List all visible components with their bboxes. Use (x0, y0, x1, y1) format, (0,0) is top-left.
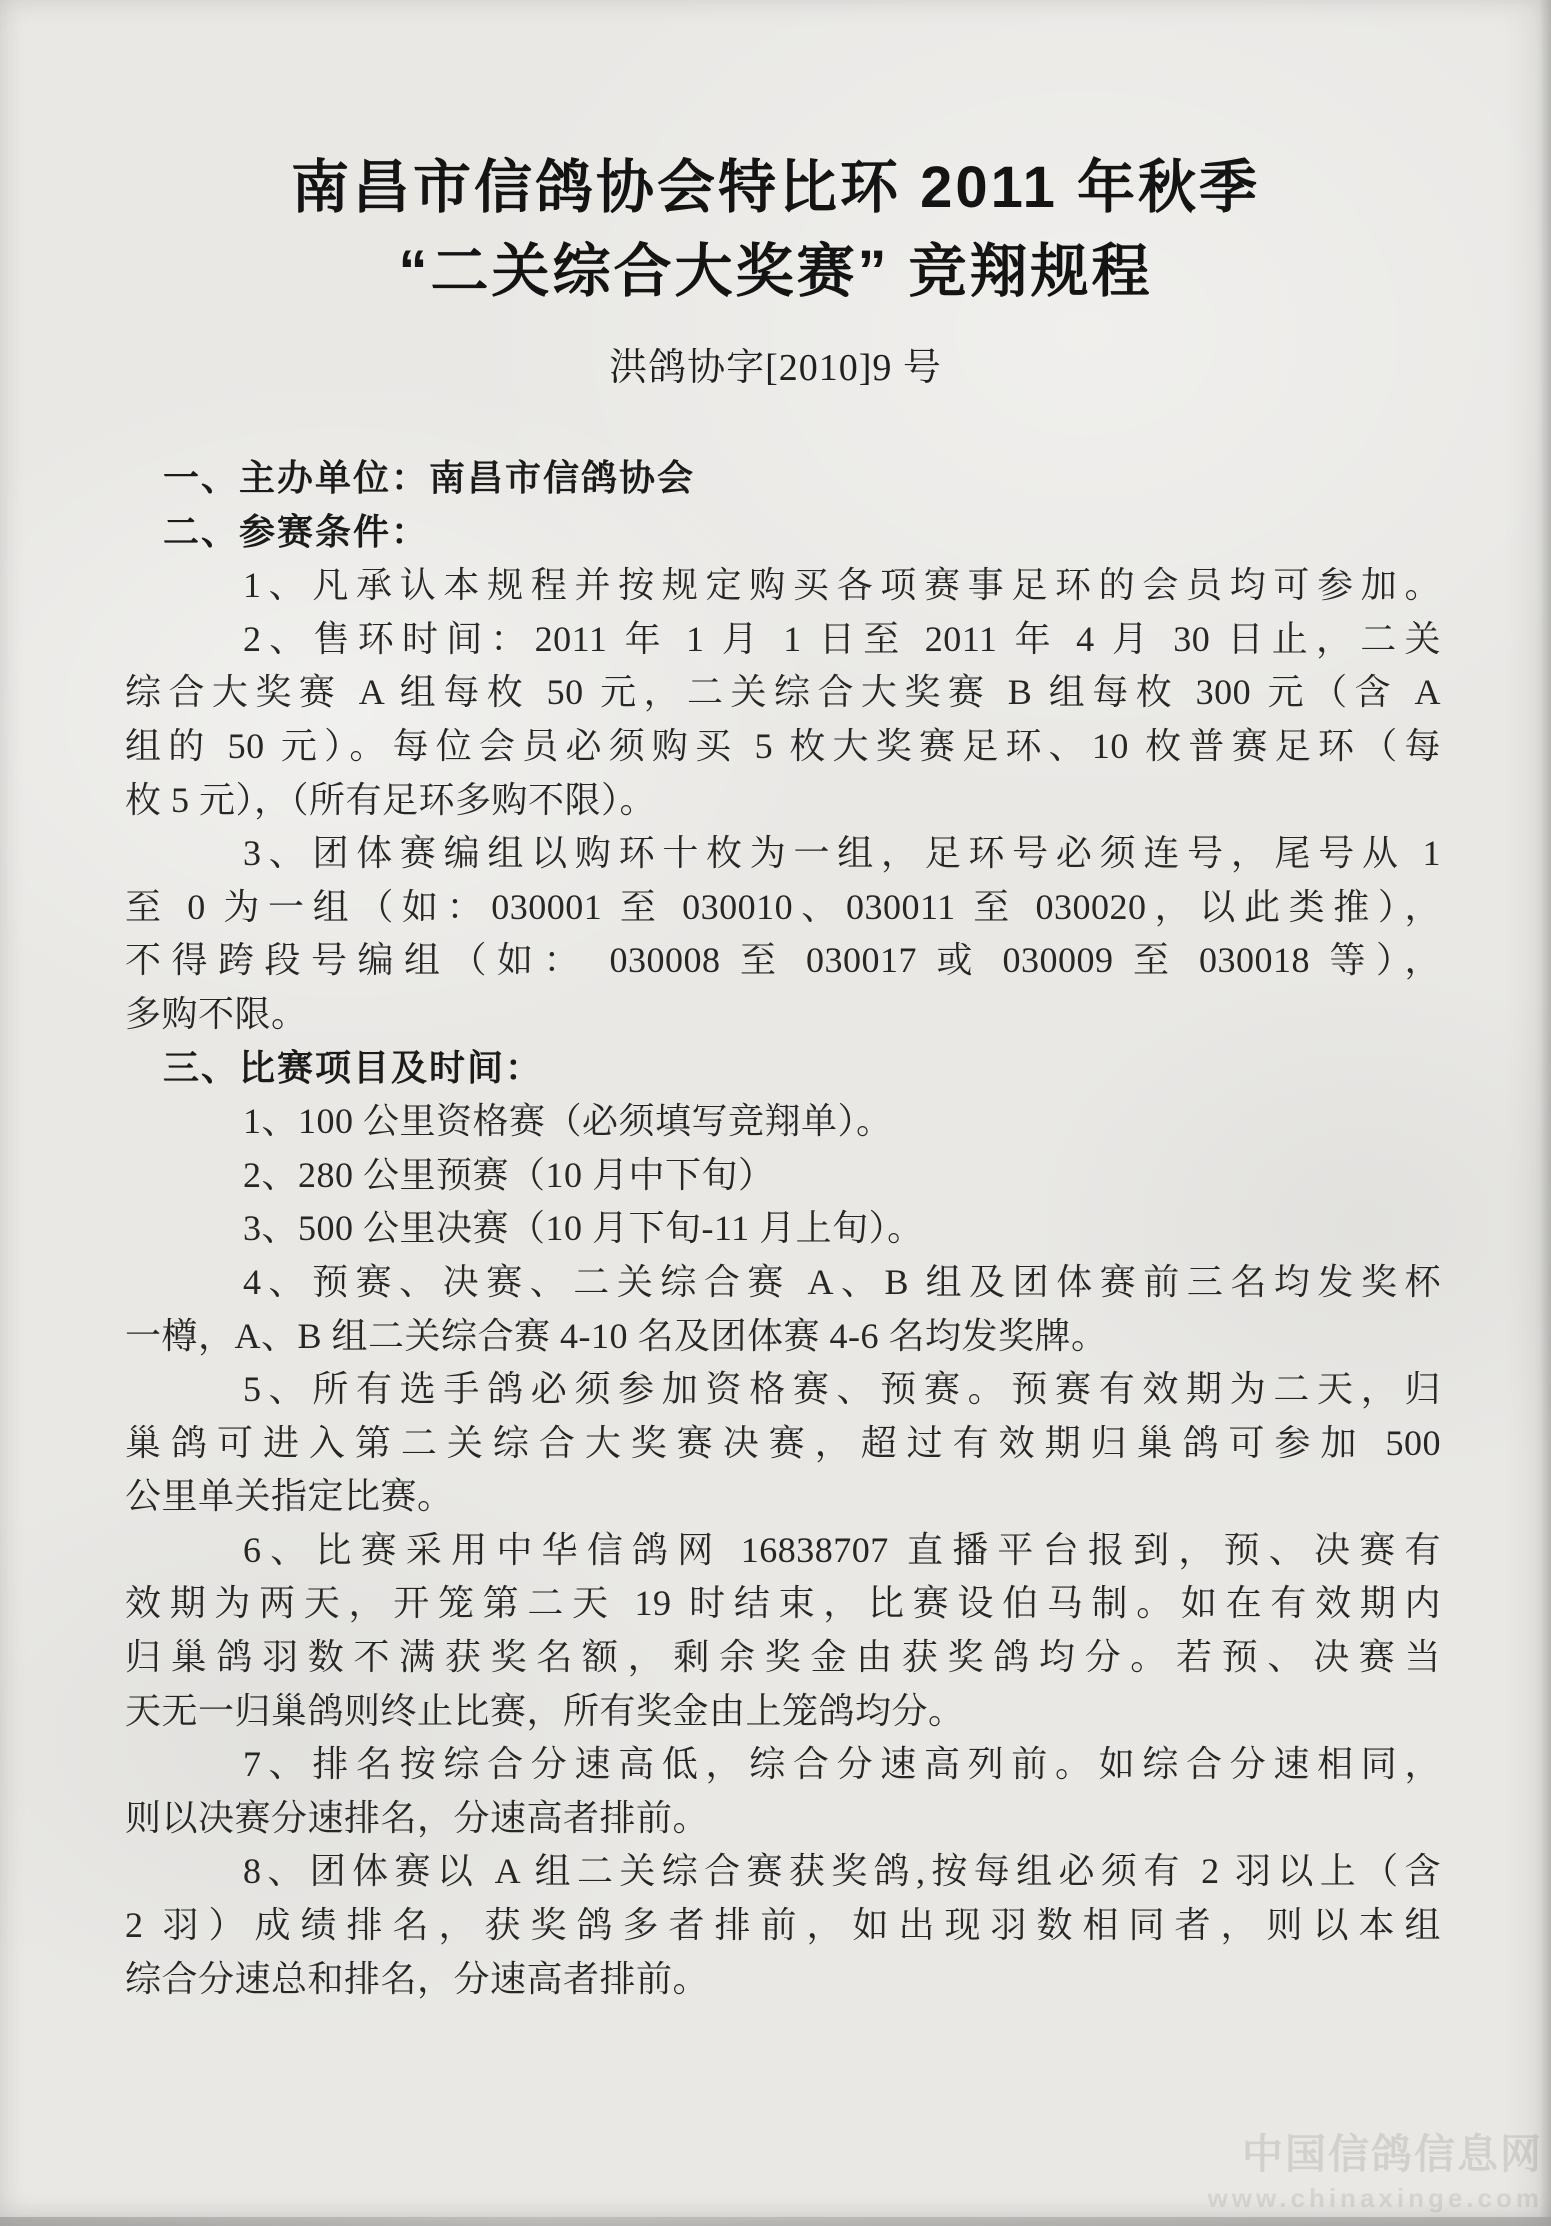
body-line-text: 8、团体赛以 A 组二关综合赛获奖鸽,按每组必须有 2 羽以上（含 (243, 1851, 1441, 1891)
body-line-text: 综合大奖赛 A 组每枚 50 元，二关综合大奖赛 B 组每枚 300 元（含 A (125, 672, 1441, 712)
body-line-text: 1、100 公里资格赛（必须填写竞翔单）。 (243, 1101, 893, 1141)
body-line: 综合大奖赛 A 组每枚 50 元，二关综合大奖赛 B 组每枚 300 元（含 A (125, 666, 1441, 720)
body-line: 1、凡承认本规程并按规定购买各项赛事足环的会员均可参加。 (125, 559, 1441, 613)
body-line: 6、比赛采用中华信鸽网 16838707 直播平台报到，预、决赛有 (125, 1524, 1441, 1578)
body-line: 不得跨段号编组（如： 030008 至 030017 或 030009 至 03… (125, 934, 1441, 988)
body-line-text: 3、团体赛编组以购环十枚为一组，足环号必须连号，尾号从 1 (243, 833, 1441, 873)
body-line: 则以决赛分速排名，分速高者排前。 (125, 1792, 1441, 1846)
body-line-text: 三、比赛项目及时间： (163, 1048, 543, 1088)
document-number: 洪鸽协字[2010]9 号 (0, 336, 1551, 391)
body-line: 3、500 公里决赛（10 月下旬-11 月上旬）。 (125, 1202, 1441, 1256)
watermark-site-url: www.chinaxinge.com (1208, 2183, 1543, 2214)
document-body: 一、主办单位：南昌市信鸽协会 二、参赛条件： 1、凡承认本规程并按规定购买各项赛… (125, 452, 1441, 2006)
body-line: 8、团体赛以 A 组二关综合赛获奖鸽,按每组必须有 2 羽以上（含 (125, 1845, 1441, 1899)
body-line: 多购不限。 (125, 988, 1441, 1042)
body-line: 至 0 为一组（如：030001 至 030010、030011 至 03002… (125, 881, 1441, 935)
body-line-text: 不得跨段号编组（如： 030008 至 030017 或 030009 至 03… (125, 940, 1441, 980)
body-line-text: 综合分速总和排名，分速高者排前。 (125, 1959, 709, 1999)
body-line-text: 6、比赛采用中华信鸽网 16838707 直播平台报到，预、决赛有 (243, 1530, 1441, 1570)
body-line: 7、排名按综合分速高低，综合分速高列前。如综合分速相同， (125, 1738, 1441, 1792)
body-line-text: 枚 5 元），（所有足环多购不限）。 (125, 780, 656, 820)
body-line: 5、所有选手鸽必须参加资格赛、预赛。预赛有效期为二天，归 (125, 1363, 1441, 1417)
body-line: 三、比赛项目及时间： (125, 1042, 1441, 1096)
body-line-text: 2、280 公里预赛（10 月中下旬） (243, 1155, 775, 1195)
body-line: 归巢鸽羽数不满获奖名额，剩余奖金由获奖鸽均分。若预、决赛当 (125, 1631, 1441, 1685)
body-line-text: 效期为两天，开笼第二天 19 时结束，比赛设伯马制。如在有效期内 (125, 1583, 1441, 1623)
watermark-site-name: 中国信鸽信息网 (1208, 2121, 1543, 2180)
body-line-text: 5、所有选手鸽必须参加资格赛、预赛。预赛有效期为二天，归 (243, 1369, 1441, 1409)
body-line: 一、主办单位：南昌市信鸽协会 (125, 452, 1441, 506)
body-line: 天无一归巢鸽则终止比赛，所有奖金由上笼鸽均分。 (125, 1685, 1441, 1739)
scanned-document-page: 南昌市信鸽协会特比环 2011 年秋季 “二关综合大奖赛” 竞翔规程 洪鸽协字[… (0, 0, 1551, 2226)
body-line-text: 至 0 为一组（如：030001 至 030010、030011 至 03002… (125, 887, 1441, 927)
body-line: 2、售环时间：2011 年 1 月 1 日至 2011 年 4 月 30 日止，… (125, 613, 1441, 667)
body-line-text: 一樽，A、B 组二关综合赛 4-10 名及团体赛 4-6 名均发奖牌。 (125, 1316, 1108, 1356)
body-line-text: 公里单关指定比赛。 (125, 1476, 454, 1516)
watermark: 中国信鸽信息网 www.chinaxinge.com (1208, 2121, 1543, 2214)
body-line-text: 2、售环时间：2011 年 1 月 1 日至 2011 年 4 月 30 日止，… (243, 619, 1441, 659)
body-line-text: 天无一归巢鸽则终止比赛，所有奖金由上笼鸽均分。 (125, 1691, 965, 1731)
body-line-text: 2 羽）成绩排名，获奖鸽多者排前，如出现羽数相同者，则以本组 (125, 1905, 1441, 1945)
body-line: 一樽，A、B 组二关综合赛 4-10 名及团体赛 4-6 名均发奖牌。 (125, 1310, 1441, 1364)
body-line-text: 3、500 公里决赛（10 月下旬-11 月上旬）。 (243, 1208, 924, 1248)
body-line: 3、团体赛编组以购环十枚为一组，足环号必须连号，尾号从 1 (125, 827, 1441, 881)
document-title-line-1: 南昌市信鸽协会特比环 2011 年秋季 (0, 146, 1551, 230)
body-line-text: 1、凡承认本规程并按规定购买各项赛事足环的会员均可参加。 (243, 565, 1441, 605)
body-line: 2、280 公里预赛（10 月中下旬） (125, 1149, 1441, 1203)
body-line: 1、100 公里资格赛（必须填写竞翔单）。 (125, 1095, 1441, 1149)
body-line: 巢鸽可进入第二关综合大奖赛决赛，超过有效期归巢鸽可参加 500 (125, 1417, 1441, 1471)
body-line: 枚 5 元），（所有足环多购不限）。 (125, 774, 1441, 828)
body-line-text: 归巢鸽羽数不满获奖名额，剩余奖金由获奖鸽均分。若预、决赛当 (125, 1637, 1441, 1677)
body-line: 综合分速总和排名，分速高者排前。 (125, 1953, 1441, 2007)
body-line-text: 巢鸽可进入第二关综合大奖赛决赛，超过有效期归巢鸽可参加 500 (125, 1423, 1441, 1463)
body-line-text: 则以决赛分速排名，分速高者排前。 (125, 1798, 709, 1838)
body-line: 二、参赛条件： (125, 506, 1441, 560)
body-line-text: 组的 50 元）。每位会员必须购买 5 枚大奖赛足环、10 枚普赛足环（每 (125, 726, 1441, 766)
body-line: 组的 50 元）。每位会员必须购买 5 枚大奖赛足环、10 枚普赛足环（每 (125, 720, 1441, 774)
body-line-text: 7、排名按综合分速高低，综合分速高列前。如综合分速相同， (243, 1744, 1441, 1784)
body-line-text: 二、参赛条件： (163, 512, 429, 552)
document-title-line-2: “二关综合大奖赛” 竞翔规程 (0, 230, 1551, 314)
body-line: 2 羽）成绩排名，获奖鸽多者排前，如出现羽数相同者，则以本组 (125, 1899, 1441, 1953)
body-line: 效期为两天，开笼第二天 19 时结束，比赛设伯马制。如在有效期内 (125, 1577, 1441, 1631)
document-header: 南昌市信鸽协会特比环 2011 年秋季 “二关综合大奖赛” 竞翔规程 洪鸽协字[… (0, 146, 1551, 391)
scan-edge-bottom-strip (0, 2217, 1551, 2226)
body-line: 4、预赛、决赛、二关综合赛 A、B 组及团体赛前三名均发奖杯 (125, 1256, 1441, 1310)
body-line-text: 一、主办单位：南昌市信鸽协会 (163, 458, 695, 498)
body-line: 公里单关指定比赛。 (125, 1470, 1441, 1524)
body-line-text: 4、预赛、决赛、二关综合赛 A、B 组及团体赛前三名均发奖杯 (243, 1262, 1441, 1302)
body-line-text: 多购不限。 (125, 994, 308, 1034)
scan-edge-right-shadow (1539, 0, 1551, 2226)
